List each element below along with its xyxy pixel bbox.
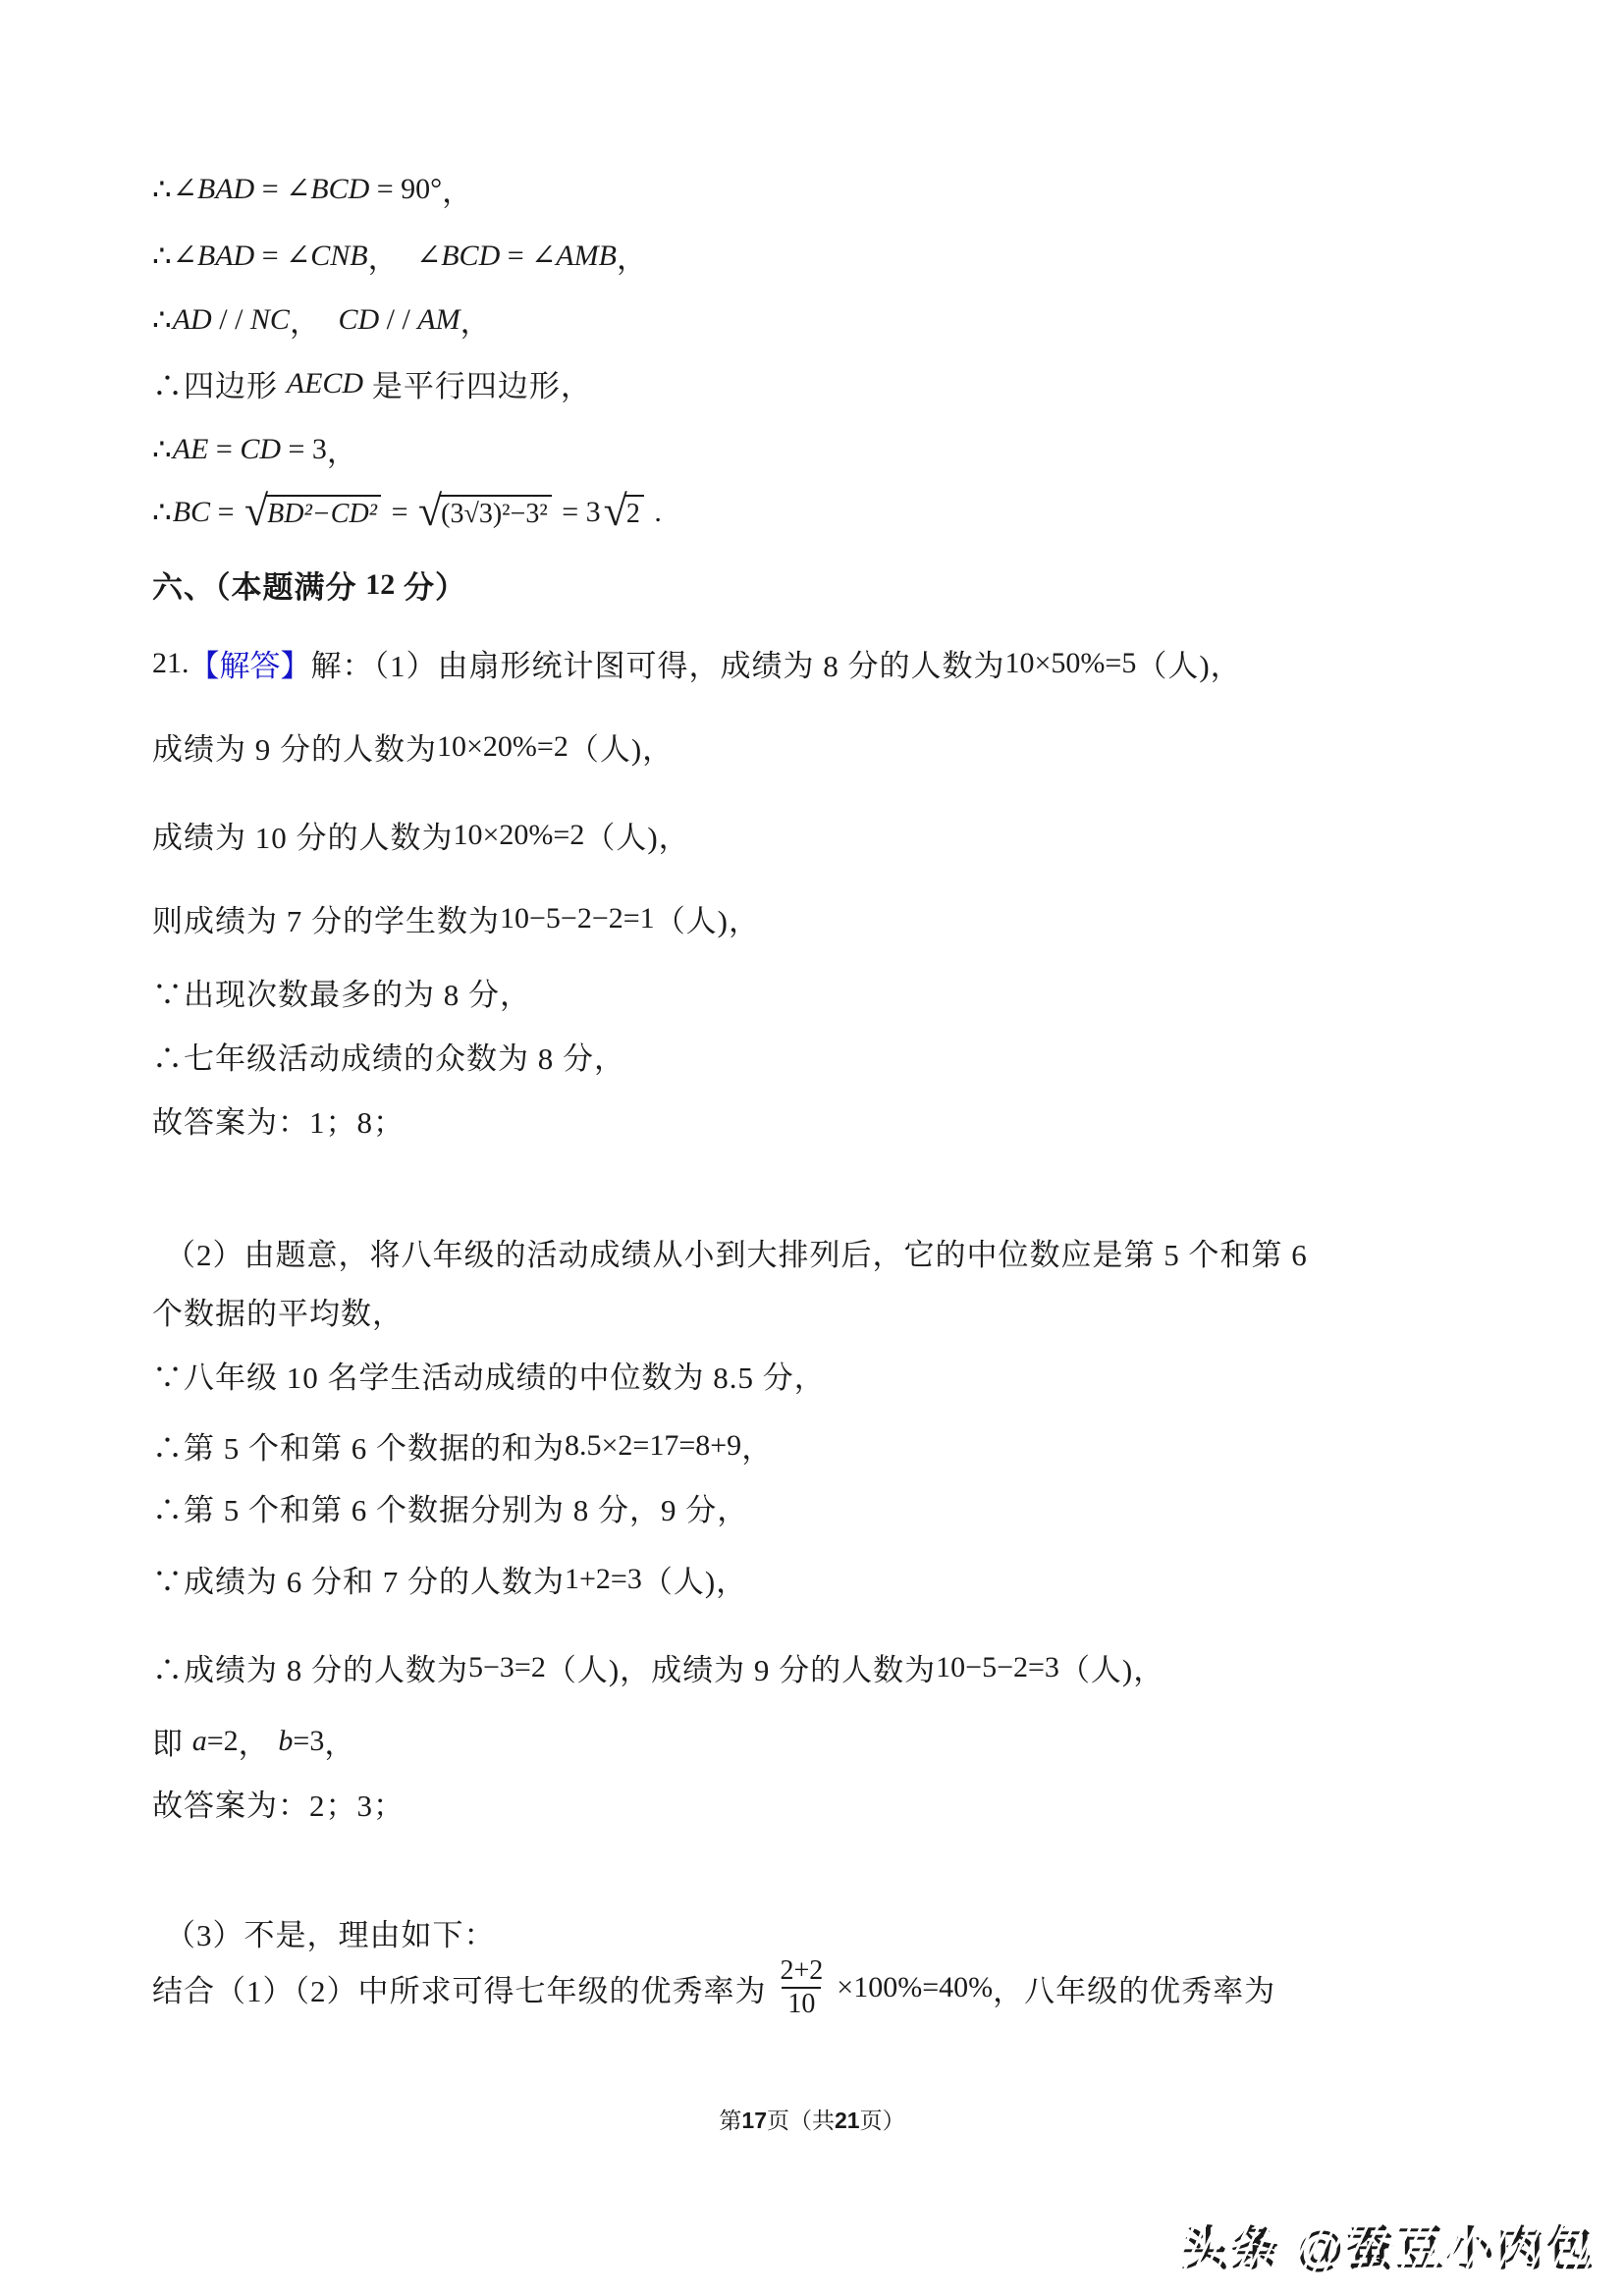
math-run: 21. xyxy=(152,647,189,680)
math-run: 12 xyxy=(365,568,395,602)
text-run: 解：（1）由扇形统计图可得，成绩为 8 分的人数为 xyxy=(311,641,1005,685)
math-run: = xyxy=(210,496,242,529)
document-page: ∴∠BAD = ∠BCD = 90°，∴∠BAD = ∠CNB， ∠BCD = … xyxy=(0,0,1624,2296)
sqrt-expression: √BD²−CD² xyxy=(244,494,381,531)
text-run: ， xyxy=(327,427,358,471)
math-variable: ∠AMB xyxy=(531,239,617,273)
answer-line-intro: 21.【解答】解：（1）由扇形统计图可得，成绩为 8 分的人数为10×50%=5… xyxy=(152,641,1242,685)
proof-line-ae-cd-3: ∴AE = CD = 3， xyxy=(152,427,358,471)
math-variable: ∠BCD xyxy=(416,239,500,273)
math-run: = xyxy=(254,173,286,206)
text-run: 即 xyxy=(152,1719,192,1763)
text-run: ， xyxy=(324,1719,355,1763)
text-run: ∴第 5 个和第 6 个数据分别为 8 分，9 分， xyxy=(152,1485,748,1529)
sqrt-expression: √(3√3)²−3² xyxy=(418,494,552,531)
text-run: （人)， xyxy=(584,813,689,857)
text-run: ∴ xyxy=(152,302,173,338)
proof-line-bc-value: ∴BC = √BD²−CD² = √(3√3)²−3² = 3√2 . xyxy=(152,494,662,531)
math-variable: ∠BAD xyxy=(173,172,254,206)
bold-number: 21 xyxy=(835,2108,860,2134)
bold-number: 17 xyxy=(741,2108,767,2134)
answer-line-part3-intro: （3）不是，理由如下： xyxy=(165,1910,496,1954)
math-run: 10×20%=2 xyxy=(437,730,568,764)
math-run: = 3 xyxy=(281,433,327,466)
text-run: ∴ xyxy=(152,432,173,467)
math-run: = xyxy=(254,240,286,273)
text-run: ∴四边形 xyxy=(152,361,287,405)
text-run: （人)， xyxy=(1136,641,1241,685)
text-run: （人)， xyxy=(642,1557,747,1601)
math-run: / / xyxy=(212,303,250,337)
math-run: / / xyxy=(379,303,417,337)
text-run: 第 xyxy=(719,2103,741,2135)
math-variable: AD xyxy=(173,303,212,337)
math-variable: AM xyxy=(417,303,460,337)
watermark: 头条 @蚕豆小肉包 xyxy=(1181,2211,1597,2278)
math-run: = xyxy=(208,433,240,466)
math-run: = xyxy=(500,240,531,273)
math-variable: NC xyxy=(250,303,290,337)
math-run: 10×50%=5 xyxy=(1005,647,1137,680)
text-run: （人)，成绩为 9 分的人数为 xyxy=(546,1645,936,1689)
math-run: = xyxy=(384,496,415,529)
math-variable: CD xyxy=(240,433,281,466)
math-run: ×100%=40% xyxy=(837,1971,993,2004)
math-variable: ∠BAD xyxy=(173,239,254,273)
radicand: 2 xyxy=(624,495,644,531)
math-run: 1+2=3 xyxy=(565,1563,642,1596)
answer-tag: 【解答】 xyxy=(189,641,311,685)
text-run: ， xyxy=(460,297,492,342)
text-run: ∴第 5 个和第 6 个数据的和为 xyxy=(152,1423,565,1468)
text-run: （人)， xyxy=(655,896,760,940)
page-footer: 第17页（共21页） xyxy=(0,2103,1624,2135)
math-run: 10−5−2=3 xyxy=(936,1651,1059,1684)
text-run: ， xyxy=(239,1719,279,1763)
fraction-numerator: 2+2 xyxy=(775,1955,830,1987)
proof-line-angle-90: ∴∠BAD = ∠BCD = 90°， xyxy=(152,167,473,211)
answer-line-score7: 则成绩为 7 分的学生数为10−5−2−2=1（人)， xyxy=(152,896,760,940)
text-run: 是平行四边形， xyxy=(363,361,592,405)
answer-line-mode-because: ∵出现次数最多的为 8 分， xyxy=(152,970,531,1014)
answer-line-part2-intro: （2）由题意，将八年级的活动成绩从小到大排列后，它的中位数应是第 5 个和第 6 xyxy=(165,1230,1308,1274)
answer-line-6and7: ∵成绩为 6 分和 7 分的人数为1+2=3（人)， xyxy=(152,1557,747,1601)
math-run: 10×20%=2 xyxy=(454,819,585,852)
fraction-denominator: 10 xyxy=(782,1987,821,2020)
text-run: ∵八年级 10 名学生活动成绩的中位数为 8.5 分， xyxy=(152,1353,826,1397)
math-run: = 3 xyxy=(555,496,601,529)
math-run: 5−3=2 xyxy=(468,1651,546,1684)
text-run: ∴ xyxy=(152,239,173,274)
text-run: （人)， xyxy=(568,724,674,769)
answer-line-score9: 成绩为 9 分的人数为10×20%=2（人)， xyxy=(152,724,674,769)
math-variable: ∠CNB xyxy=(286,239,367,273)
text-run: ， xyxy=(617,234,648,278)
fraction: 2+210 xyxy=(775,1955,830,2020)
text-run: ， xyxy=(442,167,473,211)
answer-line-ab: 即 a=2， b=3， xyxy=(152,1719,355,1763)
math-variable: AECD xyxy=(287,367,363,400)
answer-line-mode-therefore: ∴七年级活动成绩的众数为 8 分， xyxy=(152,1034,625,1078)
text-run: ∴ xyxy=(152,495,173,530)
math-variable: b xyxy=(278,1725,293,1758)
radicand: (3√3)²−3² xyxy=(439,495,552,531)
math-run: 10−5−2−2=1 xyxy=(500,902,655,935)
math-variable: a xyxy=(192,1725,207,1758)
section-heading: 六、（本题满分 12 分） xyxy=(152,562,466,607)
text-run: ∴成绩为 8 分的人数为 xyxy=(152,1645,468,1689)
math-variable: AE xyxy=(173,433,209,466)
text-run: 页） xyxy=(860,2103,905,2135)
text-run: ∵成绩为 6 分和 7 分的人数为 xyxy=(152,1557,565,1601)
text-run: ， xyxy=(368,234,417,278)
text-run: （3）不是，理由如下： xyxy=(165,1910,496,1954)
proof-line-parallel: ∴AD / / NC， CD / / AM， xyxy=(152,297,492,342)
text-run: （人)， xyxy=(1059,1645,1164,1689)
math-run: = 90° xyxy=(369,173,442,206)
answer-line-8and9: ∴成绩为 8 分的人数为5−3=2（人)，成绩为 9 分的人数为10−5−2=3… xyxy=(152,1645,1164,1689)
proof-line-parallelogram: ∴四边形 AECD 是平行四边形， xyxy=(152,361,592,405)
math-run: =3 xyxy=(293,1725,324,1758)
answer-line-part2-result: 故答案为：2；3； xyxy=(152,1781,405,1825)
text-run: 分） xyxy=(395,562,466,607)
text-run: 结合（1）（2）中所求可得七年级的优秀率为 xyxy=(152,1966,767,2010)
proof-line-angle-pairs: ∴∠BAD = ∠CNB， ∠BCD = ∠AMB， xyxy=(152,234,648,278)
text-run: ∴ xyxy=(152,172,173,207)
math-variable: ∠BCD xyxy=(286,172,369,206)
text-run: 成绩为 10 分的人数为 xyxy=(152,813,454,857)
math-run: 8.5×2=17=8+9 xyxy=(565,1429,741,1463)
text-run: ∵出现次数最多的为 8 分， xyxy=(152,970,531,1014)
text-run: 故答案为：1；8； xyxy=(152,1097,405,1142)
math-variable: CD xyxy=(338,303,379,337)
text-run: 六、（本题满分 xyxy=(152,562,365,607)
answer-line-5th-6th: ∴第 5 个和第 6 个数据分别为 8 分，9 分， xyxy=(152,1485,748,1529)
radicand: BD²−CD² xyxy=(265,495,381,531)
text-run: 成绩为 9 分的人数为 xyxy=(152,724,437,769)
text-run: 故答案为：2；3； xyxy=(152,1781,405,1825)
text-run: ， xyxy=(741,1423,773,1468)
answer-line-part3-rate: 结合（1）（2）中所求可得七年级的优秀率为2+210×100%=40%，八年级的… xyxy=(152,1955,1275,2020)
text-run: （2）由题意，将八年级的活动成绩从小到大排列后，它的中位数应是第 5 个和第 6 xyxy=(165,1230,1308,1274)
math-run: . xyxy=(647,496,662,529)
math-run: =2 xyxy=(207,1725,239,1758)
answer-line-part1-result: 故答案为：1；8； xyxy=(152,1097,405,1142)
text-run: ，八年级的优秀率为 xyxy=(993,1966,1275,2010)
text-run: ， xyxy=(290,297,339,342)
text-run: 页（共 xyxy=(767,2103,835,2135)
answer-line-median: ∵八年级 10 名学生活动成绩的中位数为 8.5 分， xyxy=(152,1353,826,1397)
text-run: ∴七年级活动成绩的众数为 8 分， xyxy=(152,1034,625,1078)
answer-line-score10: 成绩为 10 分的人数为10×20%=2（人)， xyxy=(152,813,690,857)
math-variable: BC xyxy=(173,496,210,529)
answer-line-part2-intro-cont: 个数据的平均数， xyxy=(152,1289,404,1333)
answer-line-sum: ∴第 5 个和第 6 个数据的和为8.5×2=17=8+9， xyxy=(152,1423,773,1468)
text-run: 个数据的平均数， xyxy=(152,1289,404,1333)
sqrt-expression: √2 xyxy=(604,494,644,531)
text-run: 则成绩为 7 分的学生数为 xyxy=(152,896,500,940)
